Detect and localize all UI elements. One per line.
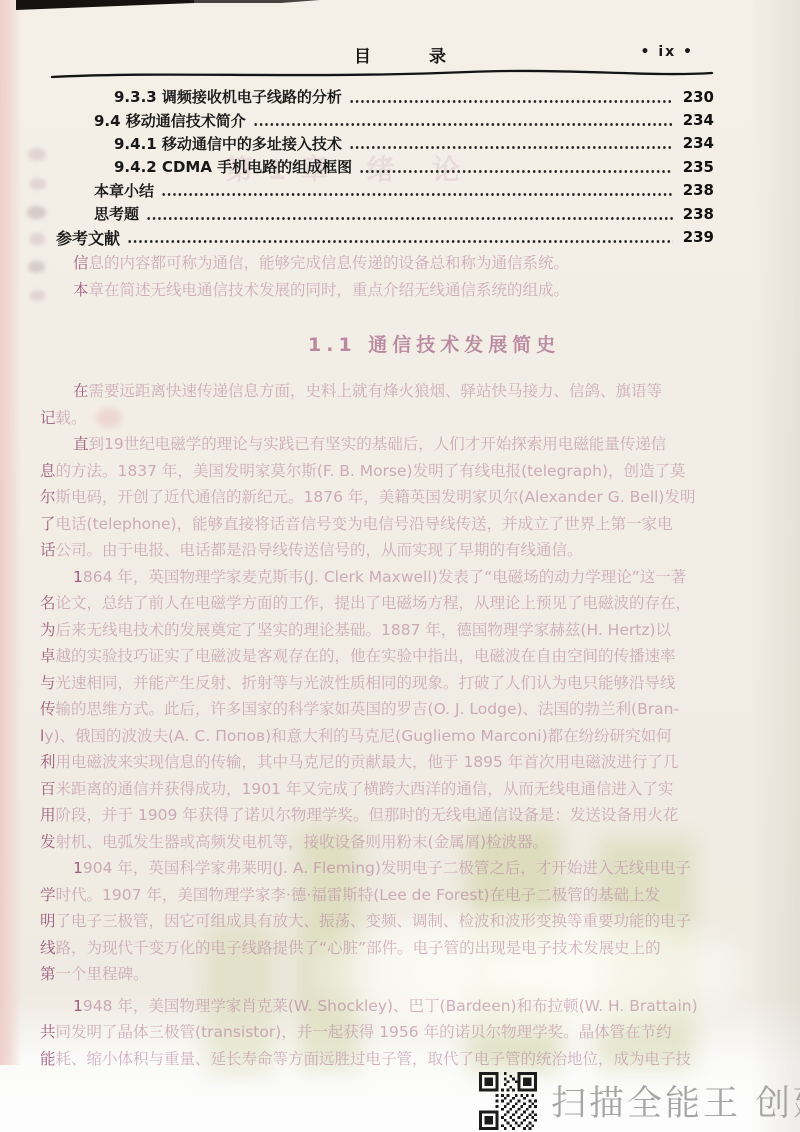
bleed-line: 息的方法。1837 年，美国发明家莫尔斯(F. B. Morse)发明了有线电报…: [40, 458, 766, 485]
bleed-line: 学时代。1907 年，美国物理学家李·德·福雷斯特(Lee de Forest)…: [40, 882, 766, 909]
bleed-line: 1948 年，美国物理学家肖克莱(W. Shockley)、巴丁(Bardeen…: [40, 993, 766, 1020]
bleed-line: 了电话(telephone)，能够直接将话音信号变为电信号沿导线传送，并成立了世…: [40, 511, 766, 538]
toc-entry: 9.4.1 移动通信中的多址接入技术 234: [56, 132, 714, 155]
scanner-watermark: 扫描全能王 创建: [479, 1072, 800, 1130]
toc-entry-label: 9.3.3 调频接收机电子线路的分析: [114, 86, 342, 107]
watermark-text: 扫描全能王 创建: [551, 1076, 800, 1126]
dot-leader: [253, 121, 673, 127]
toc-entry-label: 本章小结: [94, 180, 154, 201]
dot-leader: [349, 144, 673, 150]
bleedthrough-text-block: 信息的内容都可称为通信，能够完成信息传递的设备总和称为通信系统。 本章在简述无线…: [40, 250, 766, 1072]
margin-smudge: [30, 233, 45, 245]
bleed-line: 为后来无线电技术的发展奠定了坚实的理论基础。1887 年，德国物理学家赫兹(H.…: [40, 617, 766, 644]
toc-entry-label: 9.4 移动通信技术简介: [94, 110, 246, 131]
toc-entry-page: 239: [678, 228, 714, 246]
dot-leader: [349, 98, 673, 104]
bleed-line: 用阶段，并于 1909 年获得了诺贝尔物理学奖。但那时的无线电通信设备是：发送设…: [40, 802, 766, 829]
page-header: 目 录 • ix •: [0, 42, 800, 66]
dot-leader: [146, 215, 673, 221]
bleed-line: 百米距离的通信并获得成功，1901 年又完成了横跨大西洋的通信，从而无线电通信进…: [40, 776, 766, 803]
toc-entry-label: 9.4.2 CDMA 手机电路的组成框图: [114, 156, 352, 177]
bleed-line: 与光速相同，并能产生反射、折射等与光波性质相同的现象。打破了人们认为电只能够沿导…: [40, 670, 766, 697]
margin-smudge: [27, 206, 46, 219]
toc-entry: 9.3.3 调频接收机电子线路的分析 230: [56, 85, 714, 108]
bleed-line: 卓越的实验技巧证实了电磁波是客观存在的，他在实验中指出，电磁波在自由空间的传播速…: [40, 643, 766, 670]
toc-entry-label: 参考文献: [56, 226, 120, 249]
qr-code-icon: [479, 1072, 537, 1130]
toc-entry-page: 234: [678, 111, 714, 129]
bleed-line: 在需要远距离快速传递信息方面，史料上就有烽火狼烟、驿站快马接力、信鸽、旗语等: [40, 378, 766, 405]
header-rule: [48, 66, 718, 82]
bleed-line: 1864 年，英国物理学家麦克斯韦(J. Clerk Maxwell)发表了“电…: [40, 564, 766, 591]
bleed-line: 明了电子三极管，因它可组成具有放大、振荡、变频、调制、检波和波形变换等重要功能的…: [40, 908, 766, 935]
dot-leader: [161, 191, 673, 197]
bleed-line: 发射机、电弧发生器或高频发电机等，接收设备则用粉末(金属屑)检波器。: [40, 829, 766, 856]
margin-smudge: [30, 178, 46, 190]
bleed-line: 传输的思维方式。此后，许多国家的科学家如英国的罗吉(O. J. Lodge)、法…: [40, 696, 766, 723]
toc-entry-page: 230: [678, 88, 714, 106]
toc-entry-label: 9.4.1 移动通信中的多址接入技术: [114, 133, 342, 154]
bleed-line: 本章在简述无线电通信技术发展的同时，重点介绍无线通信系统的组成。: [40, 277, 766, 304]
bleed-line: 1904 年，英国科学家弗莱明(J. A. Fleming)发明电子二极管之后，…: [40, 855, 766, 882]
bleed-line: 信息的内容都可称为通信，能够完成信息传递的设备总和称为通信系统。: [40, 250, 766, 277]
bleed-line: 利用电磁波来实现信息的传输，其中马克尼的贡献最大，他于 1895 年首次用电磁波…: [40, 749, 766, 776]
folio-number: • ix •: [641, 44, 694, 60]
dot-leader: [127, 238, 673, 244]
scanned-book-page: 第1章 绪 论 信息的内容都可称为通信，能够完成信息传递的设备总和称为通信系统。…: [0, 0, 800, 1132]
bleed-line: 话公司。由于电报、电话都是沿导线传送信号的，从而实现了早期的有线通信。: [40, 537, 766, 564]
scan-edge-artifact: [190, 0, 320, 3]
toc-entry-page: 234: [678, 134, 714, 152]
toc-entry: 思考题 238: [56, 202, 714, 225]
toc-entry-references: 参考文献 239: [56, 225, 714, 248]
scan-edge-artifact: [16, 0, 194, 10]
bleed-line: 直到19世纪电磁学的理论与实践已有坚实的基础后，人们才开始探索用电磁能量传递信: [40, 431, 766, 458]
toc-entry: 9.4 移动通信技术简介 234: [56, 108, 714, 131]
toc-entry-label: 思考题: [94, 203, 139, 224]
bleed-line: 名论文，总结了前人在电磁学方面的工作，提出了电磁场方程，从理论上预见了电磁波的存…: [40, 590, 766, 617]
toc-entry-page: 235: [678, 158, 714, 176]
bleed-line: 共同发明了晶体三极管(transistor)，并一起获得 1956 年的诺贝尔物…: [40, 1019, 766, 1046]
bleed-line: 尔斯电码，开创了近代通信的新纪元。1876 年，美籍英国发明家贝尔(Alexan…: [40, 484, 766, 511]
bleed-line: ly)、俄国的波波夫(А. С. Попов)和意大利的马克尼(Gugliemo…: [40, 723, 766, 750]
toc-entry-page: 238: [678, 205, 714, 223]
toc-entry-page: 238: [678, 181, 714, 199]
bleed-line: 线路，为现代千变万化的电子线路提供了“心脏”部件。电子管的出现是电子技术发展史上…: [40, 935, 766, 962]
toc-entry: 9.4.2 CDMA 手机电路的组成框图 235: [56, 155, 714, 178]
margin-smudge: [28, 148, 46, 161]
bleed-line: 能耗、缩小体积与重量、延长寿命等方面远胜过电子管，取代了电子管的统治地位，成为电…: [40, 1046, 766, 1073]
bleed-line: 第一个里程碑。: [40, 961, 766, 988]
toc-entry: 本章小结 238: [56, 179, 714, 202]
dot-leader: [359, 168, 673, 174]
bleed-line: 记载。: [40, 405, 766, 432]
bleedthrough-section-heading: 1.1 通信技术发展简史: [308, 330, 766, 357]
binding-edge-shadow: [0, 0, 22, 1065]
table-of-contents: 9.3.3 调频接收机电子线路的分析 230 9.4 移动通信技术简介 234 …: [56, 85, 714, 249]
